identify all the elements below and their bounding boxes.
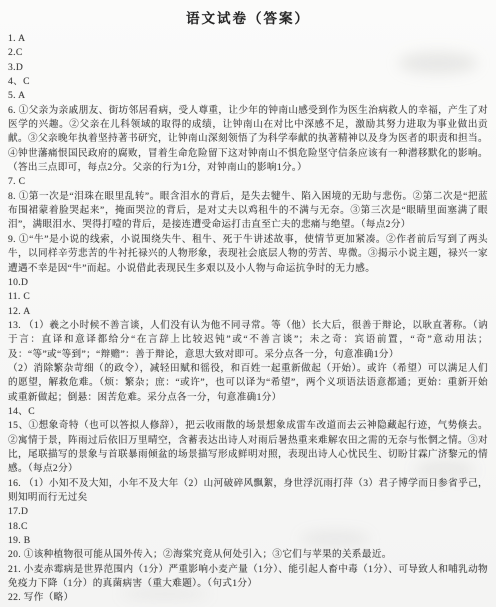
answer-11: 11. C [8,290,488,304]
answer-7: 7. C [8,175,488,189]
answer-1: 1. A [8,32,488,46]
answer-3: 3.D [8,61,488,75]
page-title: 语文试卷（答案） [8,7,488,27]
answer-2: 2.C [8,46,488,60]
answer-22: 22. 写作（略） [8,591,488,605]
answer-18: 18.C [8,520,488,534]
answers-list: 1. A 2.C 3.D 4、C 5. A 6. ①父亲为亲戚朋友、街坊邻居看病… [8,32,488,606]
answer-4: 4、C [8,75,488,89]
answer-10: 10.D [8,276,488,290]
answer-14: 14、C [8,405,488,419]
answer-5: 5. A [8,89,488,103]
answer-8: 8. ①第一次是“泪珠在眼里乱转”。眼含泪水的背后，是失去犍牛、陷入困境的无助与… [8,190,488,233]
answer-9: 9. ①“牛”是小说的线索，小说围绕失牛、租牛、死于牛讲述故事，使情节更加紧凑。… [8,233,488,276]
answer-13-part2: （2）消除繁杂苛细（的政令），减轻田赋和徭役，和百姓一起重新做起（开始）。或许（… [8,362,488,405]
answer-19: 19. B [8,534,488,548]
answer-12: 12. A [8,305,488,319]
answer-16: 16. （1）小知不及大知，小年不及大年（2）山河破碎风飘絮，身世浮沉雨打萍（3… [8,477,488,506]
answer-sheet-page: 语文试卷（答案） 1. A 2.C 3.D 4、C 5. A 6. ①父亲为亲戚… [0,0,496,607]
answer-15: 15、①想象奇特（也可以答拟人修辞），把云收雨散的场景想象成雷车改道而去云神隐藏… [8,419,488,476]
answer-13-part1: 13. （1）羲之小时候不善言谈，人们没有认为他不同寻常。等（他）长大后，很善于… [8,319,488,362]
answer-21: 21. 小麦赤霉病是世界范围内（1分）严重影响小麦产量（1分）、能引起人畜中毒（… [8,563,488,592]
answer-17: 17.D [8,505,488,519]
answer-20: 20. ①该种植物很可能从国外传入；②海棠究竟从何处引入；③它们与苹果的关系最近… [8,548,488,562]
answer-6: 6. ①父亲为亲戚朋友、街坊邻居看病，受人尊重，让少年的钟南山感受到作为医生治病… [8,104,488,176]
